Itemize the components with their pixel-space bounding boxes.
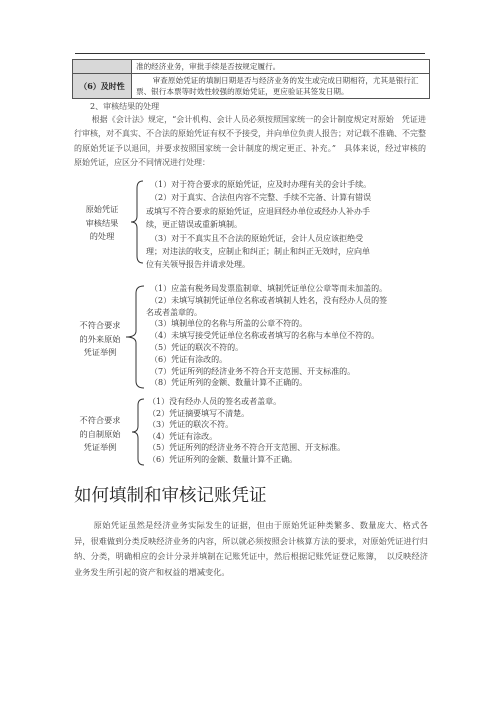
- list-item: （7）凭证所列的经济业务不符合开支范围、开支标准的。: [146, 366, 387, 378]
- row-label-timeliness: （6）及时性: [73, 74, 132, 99]
- list-item: （2）对于真实、合法但内容不完整、手续不完备、计算有错误: [146, 191, 371, 204]
- diagram-label: 不符合要求 的自制原始 凭证举例: [76, 414, 124, 455]
- label-line: 不符合要求: [76, 414, 124, 428]
- brace-icon: [124, 285, 146, 389]
- list-item: （3）对于不真实且不合法的原始凭证，会计人员应该拒绝受: [146, 232, 371, 245]
- label-line: 原始凭证: [78, 203, 126, 217]
- diagram-items: （1）应盖有税务局发票监制章、填制凭证单位公章等而未加盖的。 （2）未填写填制凭…: [146, 283, 387, 389]
- row-text: 审查原始凭证的填制日期是否与经济业务的发生或完成日期相符，尤其是银行汇票、银行本…: [132, 74, 430, 99]
- list-item: （1）应盖有税务局发票监制章、填制凭证单位公章等而未加盖的。: [146, 283, 387, 295]
- section-heading: 如何填制和审核记账凭证: [74, 482, 267, 507]
- row-label: [73, 60, 132, 74]
- list-item: （4）未填写接受凭证单位名称或者填写的名称与本单位不符的。: [146, 330, 387, 342]
- brace-icon: [129, 180, 145, 264]
- subheading: 2、审核结果的处理: [90, 101, 159, 112]
- list-item: （5）凭证所列的经济业务不符合开支范围、开支标准。: [148, 442, 345, 454]
- document-page: 准的经济业务，审批手续是否按规定履行。 （6）及时性 审查原始凭证的填制日期是否…: [0, 0, 500, 706]
- label-line: 不符合要求: [76, 319, 124, 333]
- closing-paragraph: 原始凭证虽然是经济业务实际发生的证据，但由于原始凭证种类繁多、数量庞大、格式各异…: [74, 518, 428, 580]
- list-item: 名或者盖章的。: [146, 307, 387, 319]
- diagram-self-made-voucher-examples: 不符合要求 的自制原始 凭证举例 （1）没有经办人员的签名或者盖章。 （2）凭证…: [72, 396, 432, 468]
- body-paragraph: 根据《会计法》规定，“会计机构、会计人员必须按照国家统一的会计制度规定对原始 凭…: [74, 113, 426, 171]
- list-item: 或填写不符合要求的原始凭证，应退回经办单位或经办人补办手: [146, 205, 371, 218]
- list-item: （6）凭证有涂改的。: [146, 354, 387, 366]
- table-row: 准的经济业务，审批手续是否按规定履行。: [73, 60, 430, 74]
- label-line: 的自制原始: [76, 428, 124, 442]
- diagram-items: （1）对于符合要求的原始凭证，应及时办理有关的会计手续。 （2）对于真实、合法但…: [146, 178, 371, 272]
- list-item: （1）没有经办人员的签名或者盖章。: [148, 396, 345, 408]
- label-line: 凭证举例: [76, 441, 124, 455]
- label-line: 的处理: [78, 230, 126, 244]
- diagram-result-handling: 原始凭证 审核结果 的处理 （1）对于符合要求的原始凭证，应及时办理有关的会计手…: [72, 178, 432, 270]
- diagram-external-voucher-examples: 不符合要求 的外来原始 凭证举例 （1）应盖有税务局发票监制章、填制凭证单位公章…: [72, 283, 432, 393]
- list-item: 续，更正错误或重新填制。: [146, 218, 371, 231]
- list-item: （1）对于符合要求的原始凭证，应及时办理有关的会计手续。: [146, 178, 371, 191]
- label-line: 审核结果: [78, 217, 126, 231]
- list-item: 位有关领导报告并请求处理。: [146, 258, 371, 271]
- audit-criteria-table: 准的经济业务，审批手续是否按规定履行。 （6）及时性 审查原始凭证的填制日期是否…: [72, 59, 430, 99]
- list-item: （5）凭证的联次不符的。: [146, 342, 387, 354]
- header-rule: [75, 53, 425, 54]
- row-text: 准的经济业务，审批手续是否按规定履行。: [132, 60, 430, 74]
- brace-icon: [130, 398, 146, 466]
- diagram-items: （1）没有经办人员的签名或者盖章。 （2）凭证摘要填写不清楚。 （3）凭证的联次…: [148, 396, 345, 466]
- table-row: （6）及时性 审查原始凭证的填制日期是否与经济业务的发生或完成日期相符，尤其是银…: [73, 74, 430, 99]
- label-line: 的外来原始: [76, 333, 124, 347]
- diagram-label: 原始凭证 审核结果 的处理: [78, 203, 126, 244]
- list-item: （6）凭证所列的金额、数量计算不正确。: [148, 454, 345, 466]
- list-item: （3）凭证的联次不符。: [148, 419, 345, 431]
- list-item: （2）未填写填制凭证单位名称或者填制人姓名，没有经办人员的签: [146, 295, 387, 307]
- label-line: 凭证举例: [76, 346, 124, 360]
- list-item: （8）凭证所列的金额、数量计算不正确的。: [146, 377, 387, 389]
- list-item: （4）凭证有涂改。: [148, 431, 345, 443]
- list-item: （3）填制单位的名称与所盖的公章不符的。: [146, 318, 387, 330]
- list-item: （2）凭证摘要填写不清楚。: [148, 408, 345, 420]
- list-item: 理；对违法的收支，应制止和纠正；制止和纠正无效时，应向单: [146, 245, 371, 258]
- diagram-label: 不符合要求 的外来原始 凭证举例: [76, 319, 124, 360]
